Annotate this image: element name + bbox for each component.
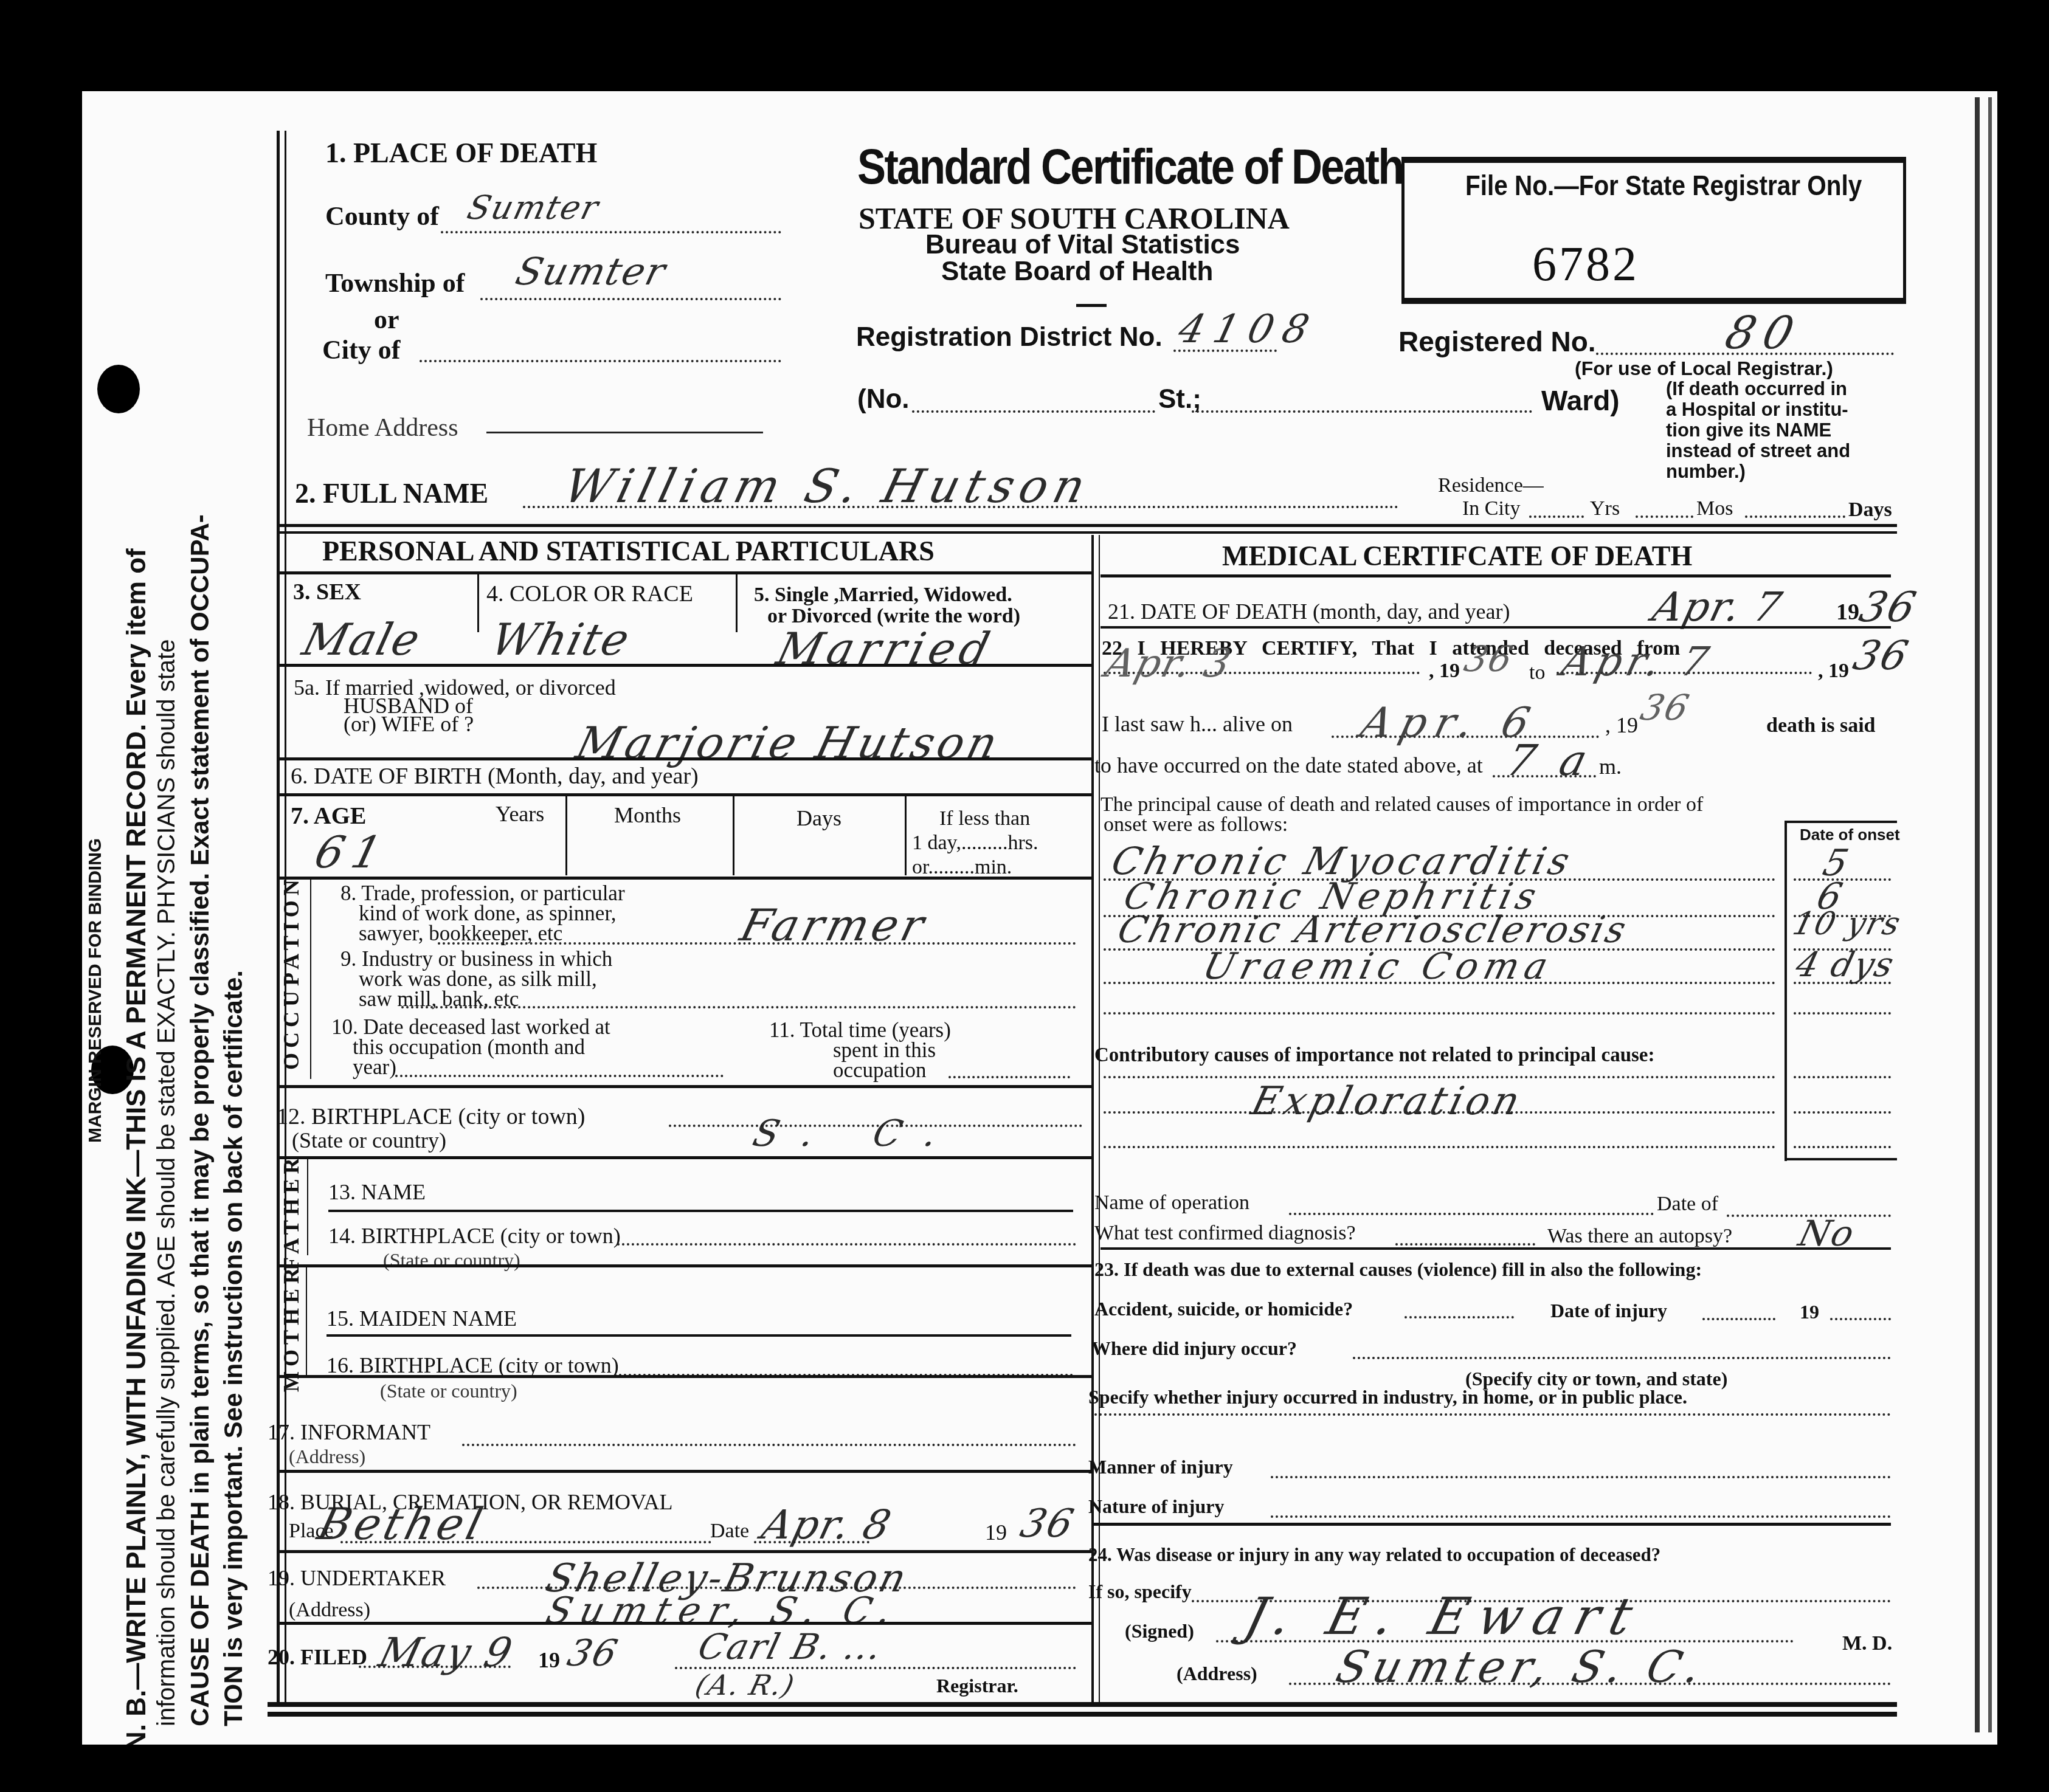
scan-border-right xyxy=(2006,0,2049,1792)
attended-from-year-prefix: , 19 xyxy=(1429,660,1460,683)
age-months-divider xyxy=(733,796,734,875)
test-field-line xyxy=(1395,1243,1535,1246)
mother-maiden-label: 15. MAIDEN NAME xyxy=(327,1306,517,1331)
attended-to-value[interactable]: Apr. 7 xyxy=(1557,638,1718,685)
contributory-label: Contributory causes of importance not re… xyxy=(1094,1044,1654,1067)
if-so-label: If so, specify xyxy=(1088,1580,1192,1603)
occupation-rule xyxy=(280,1085,1091,1088)
sex-row-rule xyxy=(280,664,1091,667)
mother-birthplace-label-1: 16. BIRTHPLACE (city or town) xyxy=(327,1353,619,1378)
residence-yrs-label: Yrs xyxy=(1590,497,1620,520)
residence-mos-label: Mos xyxy=(1696,497,1733,520)
last-worked-label-3: year) xyxy=(353,1055,396,1080)
occurred-time-value[interactable]: 7 a xyxy=(1502,736,1598,785)
onset-header-rule xyxy=(1785,821,1897,823)
industry-field-line xyxy=(401,1006,1076,1008)
informant-rule xyxy=(280,1470,1091,1473)
scan-border-top xyxy=(0,0,2049,82)
binding-hole-top xyxy=(97,365,140,413)
hospital-note-line-2: a Hospital or institu- xyxy=(1666,399,1848,421)
contributory-onset-line-1 xyxy=(1794,1076,1891,1078)
page-edge-1 xyxy=(1975,97,1980,1732)
informant-field-line xyxy=(462,1444,1076,1446)
specify-where-field-line xyxy=(1094,1413,1891,1416)
full-name-label: 2. FULL NAME xyxy=(295,477,488,509)
section-divider-top-2 xyxy=(280,531,1897,534)
onset-bottom-rule xyxy=(1785,1158,1897,1160)
injury-date-label: Date of injury xyxy=(1550,1300,1667,1322)
township-label: Township of xyxy=(325,267,465,298)
center-divider xyxy=(1091,535,1094,1702)
father-birthplace-label-1: 14. BIRTHPLACE (city or town) xyxy=(328,1223,621,1249)
hospital-note-line-4: instead of street and xyxy=(1666,440,1850,462)
file-number: 6782 xyxy=(1532,237,1639,292)
birthplace-label-1: 12. BIRTHPLACE (city or town) xyxy=(277,1103,586,1130)
manner-label: Manner of injury xyxy=(1088,1456,1233,1478)
signed-label: (Signed) xyxy=(1125,1620,1194,1642)
md-label: M. D. xyxy=(1842,1632,1892,1655)
margin-instruction-line-4: TION is very important. See instructions… xyxy=(219,970,248,1726)
city-field-line xyxy=(420,360,781,362)
occurred-label: to have occurred on the date stated abov… xyxy=(1094,753,1483,778)
home-address-field-line xyxy=(486,432,763,433)
street-no-label: (No. xyxy=(857,384,910,415)
bureau-name: Bureau of Vital Statistics xyxy=(925,230,1240,260)
filed-registrar-value[interactable]: Carl B. ... xyxy=(694,1626,887,1667)
onset-column-divider xyxy=(1785,821,1787,1161)
father-birthplace-label-2: (State or country) xyxy=(383,1249,520,1272)
age-row-rule xyxy=(280,877,1091,880)
age-months-label: Months xyxy=(614,802,681,828)
mother-rule xyxy=(280,1375,1091,1378)
margin-instruction-line-2: information should be carefully supplied… xyxy=(153,639,181,1726)
injury-date-field-line xyxy=(1702,1318,1775,1320)
test-label: What test confirmed diagnosis? xyxy=(1094,1222,1356,1245)
age-days-divider xyxy=(905,796,907,875)
spouse-value[interactable]: Marjorie Hutson xyxy=(572,717,1006,768)
cause-line-5 xyxy=(1104,1012,1775,1015)
medical-section-heading: MEDICAL CERTIFCATE OF DEATH xyxy=(1222,540,1692,572)
or-label: or xyxy=(374,304,399,335)
race-value[interactable]: White xyxy=(486,614,636,665)
operation-label: Name of operation xyxy=(1094,1191,1249,1215)
manner-field-line xyxy=(1271,1476,1891,1478)
title-underline xyxy=(1076,304,1107,307)
nature-rule xyxy=(1091,1523,1891,1526)
county-field-line xyxy=(441,231,781,233)
autopsy-label: Was there an autopsy? xyxy=(1547,1225,1732,1248)
mother-side-divider xyxy=(306,1267,307,1377)
bottom-rule-1 xyxy=(268,1702,1897,1707)
occupation-side-divider xyxy=(310,878,311,1079)
marital-label-1: 5. Single ,Married, Widowed. xyxy=(754,584,1012,607)
residence-in-city-label: In City xyxy=(1462,497,1520,520)
age-value[interactable]: 61 xyxy=(310,827,396,878)
informant-address-label: (Address) xyxy=(289,1446,365,1468)
margin-instruction-line-1: N. B.—WRITE PLAINLY, WITH UNFADING INK—T… xyxy=(122,548,152,1751)
board-name: State Board of Health xyxy=(941,257,1213,287)
medical-heading-rule xyxy=(1101,574,1891,577)
mother-side-label: MOTHER xyxy=(278,1263,304,1392)
scan-border-bottom xyxy=(0,1745,2049,1792)
father-side-divider xyxy=(307,1158,308,1255)
dob-label: 6. DATE OF BIRTH (Month, day, and year) xyxy=(291,763,699,790)
total-time-label-3: occupation xyxy=(833,1058,927,1083)
burial-date-label: Date xyxy=(710,1520,749,1543)
city-label: City of xyxy=(322,334,400,365)
cause-4-value[interactable]: Uraemic Coma xyxy=(1198,945,1558,988)
street-no-field-line xyxy=(912,410,1155,413)
mother-birthplace-label-2: (State or country) xyxy=(380,1380,517,1402)
filed-registrar-sub: (A. R.) xyxy=(692,1669,798,1701)
where-injury-label: Where did injury occur? xyxy=(1091,1337,1297,1360)
undertaker-address-label: (Address) xyxy=(289,1599,370,1622)
age-label: 7. AGE xyxy=(291,801,366,830)
operation-field-line xyxy=(1289,1213,1654,1215)
spouse-label-3: (or) WIFE of ? xyxy=(344,711,474,737)
mother-maiden-line xyxy=(327,1334,1071,1337)
sex-label: 3. SEX xyxy=(293,579,361,605)
filed-label: 20. FILED xyxy=(268,1644,367,1670)
margin-instruction-line-3: CAUSE OF DEATH in plain terms, so that i… xyxy=(185,514,215,1726)
margin-reserved-label: MARGIN RESERVED FOR BINDING xyxy=(85,838,106,1143)
hospital-note-line-1: (If death occurred in xyxy=(1666,378,1847,400)
race-label: 4. COLOR OR RACE xyxy=(486,581,693,607)
registrar-label: Registrar. xyxy=(936,1675,1018,1697)
dod-value[interactable]: Apr. 7 xyxy=(1648,584,1787,630)
total-time-field-line xyxy=(948,1076,1070,1078)
where-injury-field-line xyxy=(1353,1357,1891,1359)
burial-rule xyxy=(280,1550,1091,1553)
occupation-side-label: OCCUPATION xyxy=(278,875,304,1070)
operation-date-label: Date of xyxy=(1657,1193,1718,1216)
county-value[interactable]: Sumter xyxy=(463,188,603,227)
sex-value[interactable]: Male xyxy=(298,614,426,665)
injury-year-prefix: 19 xyxy=(1800,1301,1819,1323)
injury-year-field-line xyxy=(1830,1318,1891,1320)
trade-value[interactable]: Farmer xyxy=(736,900,933,951)
father-name-label: 13. NAME xyxy=(328,1179,426,1205)
residence-label: Residence— xyxy=(1438,474,1544,497)
occurred-m-label: m. xyxy=(1599,754,1622,779)
reg-district-value[interactable]: 4108 xyxy=(1174,307,1323,352)
father-side-label: FATHER xyxy=(278,1153,304,1270)
ward-label: Ward) xyxy=(1541,384,1620,417)
contributory-onset-line-3 xyxy=(1794,1146,1891,1148)
occupation-related-label: 24. Was disease or injury in any way rel… xyxy=(1088,1544,1660,1566)
filed-year-prefix: 19 xyxy=(538,1647,560,1673)
test-rule xyxy=(1101,1247,1891,1250)
principal-cause-label-2: onset were as follows: xyxy=(1104,813,1288,836)
father-birthplace-field-line xyxy=(617,1243,1076,1246)
local-registrar-note: (For use of Local Registrar.) xyxy=(1575,357,1833,380)
contributory-onset-line-2 xyxy=(1794,1111,1891,1114)
full-name-value[interactable]: William S. Hutson xyxy=(559,459,1097,513)
contributory-line-3 xyxy=(1104,1146,1775,1148)
contributory-value[interactable]: Exploration xyxy=(1247,1079,1528,1124)
township-value[interactable]: Sumter xyxy=(511,249,671,294)
residence-days-label: Days xyxy=(1848,498,1892,522)
death-said-label: death is said xyxy=(1766,714,1876,737)
certificate-title: Standard Certificate of Death xyxy=(857,139,1403,196)
age-days-label: Days xyxy=(796,805,841,831)
attended-to-year-prefix: , 19 xyxy=(1818,660,1849,683)
dod-year-prefix: 19 xyxy=(1836,599,1859,625)
physician-address-label: (Address) xyxy=(1177,1663,1257,1685)
contributory-line-2 xyxy=(1104,1111,1775,1114)
file-box-label: File No.—For State Registrar Only xyxy=(1465,169,1862,202)
sex-race-divider xyxy=(477,574,479,632)
onset-4-value[interactable]: 4 dys xyxy=(1792,945,1899,985)
birthplace-label-2: (State or country) xyxy=(292,1128,446,1153)
residence-yrs-line xyxy=(1636,515,1693,518)
dod-label: 21. DATE OF DEATH (month, day, and year) xyxy=(1108,599,1510,624)
hospital-note-line-3: tion give its NAME xyxy=(1666,419,1831,441)
onset-line-5 xyxy=(1794,1012,1891,1015)
burial-place-value[interactable]: Bethel xyxy=(313,1498,491,1549)
attended-to-label: to xyxy=(1529,661,1545,684)
age-years-divider xyxy=(565,796,567,875)
age-less-label-3: or.........min. xyxy=(912,856,1012,879)
page-edge-2 xyxy=(1988,97,1992,1732)
section-divider-top-1 xyxy=(280,524,1897,527)
county-label: County of xyxy=(325,201,439,232)
undertaker-label: 19. UNDERTAKER xyxy=(268,1565,446,1591)
signed-value[interactable]: J. E. Ewart xyxy=(1239,1587,1650,1646)
hospital-note-line-5: number.) xyxy=(1666,461,1746,483)
specify-where-label: Specify whether injury occurred in indus… xyxy=(1088,1386,1687,1408)
township-field-line xyxy=(480,298,781,300)
age-years-label: Years xyxy=(496,801,544,827)
center-divider-inner xyxy=(1099,535,1100,1702)
last-saw-label: I last saw h... alive on xyxy=(1102,711,1293,737)
last-saw-year-prefix: , 19 xyxy=(1605,712,1638,738)
burial-year-prefix: 19 xyxy=(985,1520,1007,1545)
bottom-rule-2 xyxy=(268,1712,1897,1717)
dob-row-rule xyxy=(280,793,1091,796)
residence-city-line xyxy=(1529,515,1584,518)
age-less-label-2: 1 day,.........hrs. xyxy=(912,832,1038,855)
registered-no-label: Registered No. xyxy=(1398,325,1596,358)
personal-section-heading: PERSONAL AND STATISTICAL PARTICULARS xyxy=(322,535,935,567)
personal-heading-rule xyxy=(280,571,1091,574)
external-causes-label: 23. If death was due to external causes … xyxy=(1094,1258,1702,1281)
father-name-line xyxy=(328,1210,1073,1212)
race-marital-divider xyxy=(736,574,738,632)
father-rule xyxy=(280,1264,1091,1267)
nature-label: Nature of injury xyxy=(1088,1495,1224,1518)
residence-mos-line xyxy=(1745,515,1845,518)
informant-label: 17. INFORMANT xyxy=(268,1419,430,1445)
birthplace-value[interactable]: S. C. xyxy=(748,1112,966,1155)
age-less-label-1: If less than xyxy=(939,807,1030,830)
street-field-line xyxy=(1192,410,1532,413)
registered-no-value[interactable]: 80 xyxy=(1720,307,1808,359)
physician-address-value[interactable]: Sumter, S. C. xyxy=(1332,1641,1713,1692)
onset-3-value[interactable]: 10 yrs xyxy=(1789,906,1906,942)
home-address-label: Home Address xyxy=(307,413,458,443)
attended-from-value[interactable]: Apr. 3 xyxy=(1101,641,1237,686)
place-of-death-heading: 1. PLACE OF DEATH xyxy=(325,137,597,169)
contributory-line-1 xyxy=(1104,1076,1775,1078)
filed-date-value[interactable]: May 9 xyxy=(374,1629,517,1676)
last-worked-field-line xyxy=(395,1075,724,1077)
spouse-row-rule xyxy=(280,757,1091,760)
birthplace-rule xyxy=(280,1156,1091,1159)
burial-date-value[interactable]: Apr. 8 xyxy=(757,1501,896,1548)
dod-rule xyxy=(1101,626,1891,629)
reg-district-label: Registration District No. xyxy=(856,322,1163,353)
accident-field-line xyxy=(1405,1316,1514,1318)
undertaker-rule xyxy=(280,1622,1091,1625)
accident-label: Accident, suicide, or homicide? xyxy=(1094,1298,1353,1320)
nature-field-line xyxy=(1271,1515,1891,1518)
